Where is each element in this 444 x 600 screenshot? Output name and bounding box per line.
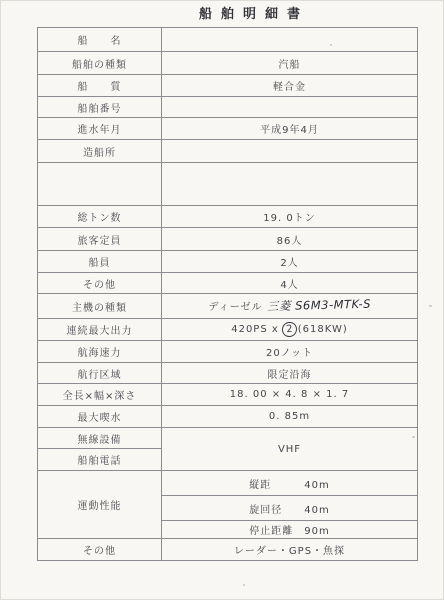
- blank-row-label: [38, 163, 162, 206]
- maneuver-stopping-distance-value: 90m: [304, 526, 329, 537]
- table-row: その他 レーダー・GPS・魚探: [38, 539, 418, 561]
- scan-speck: [412, 436, 415, 438]
- blank-row-value: [162, 163, 418, 206]
- shipyard-value: [162, 140, 418, 163]
- table-row: 総トン数 19. 0トン: [38, 206, 418, 228]
- table-row: 主機の種類 ディーゼル三菱 S6M3-MTK-S: [38, 294, 418, 319]
- max-output-label: 連続最大出力: [38, 319, 162, 341]
- ship-type-value: 汽船: [162, 52, 418, 75]
- scanned-ship-specification-document: 船舶明細書 船 名 船舶の種類 汽船 船 質 軽合金 船舶番号 進水年月 平成9…: [0, 0, 444, 600]
- table-row: その他 4人: [38, 273, 418, 294]
- cruising-speed-label: 航海速力: [38, 341, 162, 363]
- main-engine-value: ディーゼル三菱 S6M3-MTK-S: [162, 294, 418, 319]
- passenger-capacity-label: 旅客定員: [38, 228, 162, 251]
- dimensions-label: 全長×幅×深さ: [38, 384, 162, 406]
- other-personnel-label: その他: [38, 273, 162, 294]
- ship-number-value: [162, 97, 418, 118]
- maneuver-turning-diameter-value: 40m: [304, 505, 329, 516]
- scan-speck: [243, 584, 245, 586]
- max-output-value: 420PS x2(618KW): [162, 319, 418, 341]
- handwritten-circle-annotation: 2: [281, 321, 297, 337]
- maneuver-advance-value: 40m: [304, 480, 329, 491]
- launch-date-value: 平成9年4月: [162, 118, 418, 140]
- table-row: 船 名: [38, 28, 418, 52]
- ship-name-value: [162, 28, 418, 52]
- gross-tonnage-value: 19. 0トン: [162, 206, 418, 228]
- table-row: 船員 2人: [38, 251, 418, 273]
- page-title: 船舶明細書: [32, 3, 444, 22]
- table-row-blank: [38, 163, 418, 206]
- hull-material-value: 軽合金: [162, 75, 418, 97]
- main-engine-typed-text: ディーゼル: [209, 302, 263, 313]
- hull-material-label: 船 質: [38, 75, 162, 97]
- ship-name-label: 船 名: [38, 28, 162, 52]
- maneuver-turning-diameter: 旋回径40m: [162, 496, 418, 521]
- passenger-capacity-value: 86人: [162, 228, 418, 251]
- crew-value: 2人: [162, 251, 418, 273]
- scan-speck: [429, 305, 432, 307]
- radio-equipment-label: 無線設備: [38, 428, 162, 449]
- max-output-suffix: (618KW): [298, 324, 348, 335]
- table-row: 進水年月 平成9年4月: [38, 118, 418, 140]
- maneuver-advance: 縦距40m: [162, 471, 418, 496]
- other-equipment-value: レーダー・GPS・魚探: [162, 539, 418, 561]
- navigation-area-label: 航行区域: [38, 363, 162, 384]
- table-row: 連続最大出力 420PS x2(618KW): [38, 319, 418, 341]
- table-row: 航海速力 20ノット: [38, 341, 418, 363]
- scan-speck: [330, 44, 332, 46]
- table-row: 最大喫水 0. 85m: [38, 406, 418, 428]
- table-row: 運動性能 縦距40m: [38, 471, 418, 496]
- maneuver-stopping-distance: 停止距離90m: [162, 521, 418, 539]
- crew-label: 船員: [38, 251, 162, 273]
- max-draft-value: 0. 85m: [162, 406, 418, 428]
- radio-value: VHF: [162, 428, 418, 471]
- navigation-area-value: 限定沿海: [162, 363, 418, 384]
- max-draft-label: 最大喫水: [38, 406, 162, 428]
- maneuver-stopping-distance-name: 停止距離: [249, 522, 304, 537]
- maneuver-advance-name: 縦距: [249, 476, 304, 491]
- dimensions-value: 18. 00 × 4. 8 × 1. 7: [162, 384, 418, 406]
- ship-type-label: 船舶の種類: [38, 52, 162, 75]
- other-equipment-label: その他: [38, 539, 162, 561]
- spec-table: 船 名 船舶の種類 汽船 船 質 軽合金 船舶番号 進水年月 平成9年4月 造船…: [37, 27, 418, 561]
- table-row: 船 質 軽合金: [38, 75, 418, 97]
- main-engine-handwritten-text: 三菱 S6M3-MTK-S: [266, 296, 370, 315]
- cruising-speed-value: 20ノット: [162, 341, 418, 363]
- shipyard-label: 造船所: [38, 140, 162, 163]
- table-row: 造船所: [38, 140, 418, 163]
- table-row: 無線設備 VHF: [38, 428, 418, 449]
- ship-telephone-label: 船舶電話: [38, 449, 162, 471]
- other-personnel-value: 4人: [162, 273, 418, 294]
- max-output-prefix: 420PS x: [231, 324, 279, 335]
- table-row: 航行区域 限定沿海: [38, 363, 418, 384]
- table-row: 船舶の種類 汽船: [38, 52, 418, 75]
- main-engine-label: 主機の種類: [38, 294, 162, 319]
- gross-tonnage-label: 総トン数: [38, 206, 162, 228]
- ship-number-label: 船舶番号: [38, 97, 162, 118]
- table-row: 全長×幅×深さ 18. 00 × 4. 8 × 1. 7: [38, 384, 418, 406]
- maneuver-turning-diameter-name: 旋回径: [249, 501, 304, 516]
- table-row: 船舶番号: [38, 97, 418, 118]
- launch-date-label: 進水年月: [38, 118, 162, 140]
- table-row: 旅客定員 86人: [38, 228, 418, 251]
- maneuverability-label: 運動性能: [38, 471, 162, 539]
